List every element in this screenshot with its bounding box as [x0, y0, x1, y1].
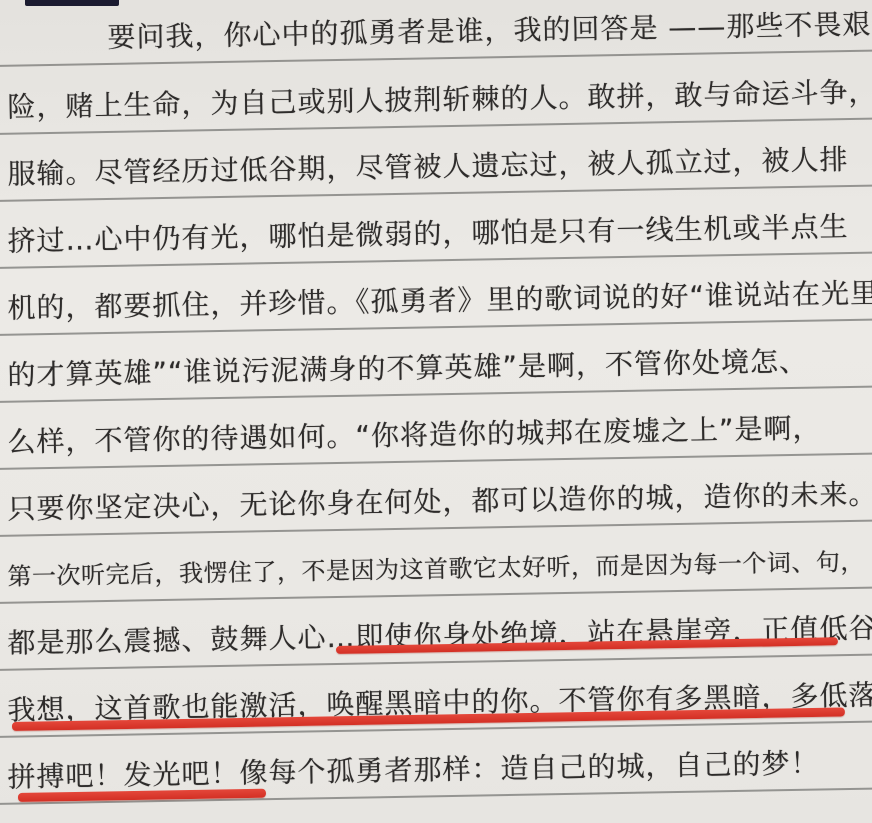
notebook-page: 要问我，你心中的孤勇者是谁，我的回答是 ——那些不畏艰 险，赌上生命，为自己或别…	[0, 0, 872, 823]
cropped-dark-bar	[25, 0, 119, 6]
handwritten-line: 险，赌上生命，为自己或别人披荆斩棘的人。敢拼，敢与命运斗争，永不	[0, 61, 872, 135]
line-text: 要问我，你心中的孤勇者是谁，我的回答是 ——那些不畏艰	[0, 8, 872, 56]
line-text: 挤过…心中仍有光，哪怕是微弱的，哪怕是只有一线生机或半点生	[0, 210, 849, 258]
line-text: 拼搏吧！发光吧！像每个孤勇者那样：造自己的城，自己的梦！	[0, 747, 820, 794]
line-text: 只要你坚定决心，无论你身在何处，都可以造你的城，造你的未来。	[0, 478, 872, 526]
line-text: 的才算英雄”“谁说污泥满身的不算英雄”是啊，不管你处境怎、	[0, 345, 808, 392]
handwritten-line: 要问我，你心中的孤勇者是谁，我的回答是 ——那些不畏艰	[0, 0, 872, 67]
handwritten-line: 的才算英雄”“谁说污泥满身的不算英雄”是啊，不管你处境怎、	[0, 329, 872, 403]
line-text: 险，赌上生命，为自己或别人披荆斩棘的人。敢拼，敢与命运斗争，永不	[0, 75, 872, 124]
line-text: 第一次听完后，我愣住了，不是因为这首歌它太好听，而是因为每一个词、句，	[0, 548, 865, 591]
handwritten-line: 第一次听完后，我愣住了，不是因为这首歌它太好听，而是因为每一个词、句，	[0, 530, 872, 604]
handwritten-line: 都是那么震撼、鼓舞人心…即使你身处绝境，站在悬崖旁，正值低谷期，	[0, 597, 872, 671]
handwritten-line: 只要你坚定决心，无论你身在何处，都可以造你的城，造你的未来。	[0, 463, 872, 537]
line-text: 么样，不管你的待遇如何。“你将造你的城邦在废墟之上”是啊，	[0, 412, 822, 459]
handwritten-line: 机的，都要抓住，并珍惜。《孤勇者》里的歌词说的好“谁说站在光里	[0, 262, 872, 336]
line-text: 服输。尽管经历过低谷期，尽管被人遗忘过，被人孤立过，被人排	[0, 143, 849, 191]
handwritten-line: 么样，不管你的待遇如何。“你将造你的城邦在废墟之上”是啊，	[0, 396, 872, 470]
handwritten-line: 挤过…心中仍有光，哪怕是微弱的，哪怕是只有一线生机或半点生	[0, 195, 872, 269]
handwritten-line: 服输。尽管经历过低谷期，尽管被人遗忘过，被人孤立过，被人排	[0, 128, 872, 202]
line-text: 机的，都要抓住，并珍惜。《孤勇者》里的歌词说的好“谁说站在光里	[0, 277, 872, 325]
line-text: 都是那么震撼、鼓舞人心…即使你身处绝境，站在悬崖旁，正值低谷期，	[0, 611, 872, 660]
